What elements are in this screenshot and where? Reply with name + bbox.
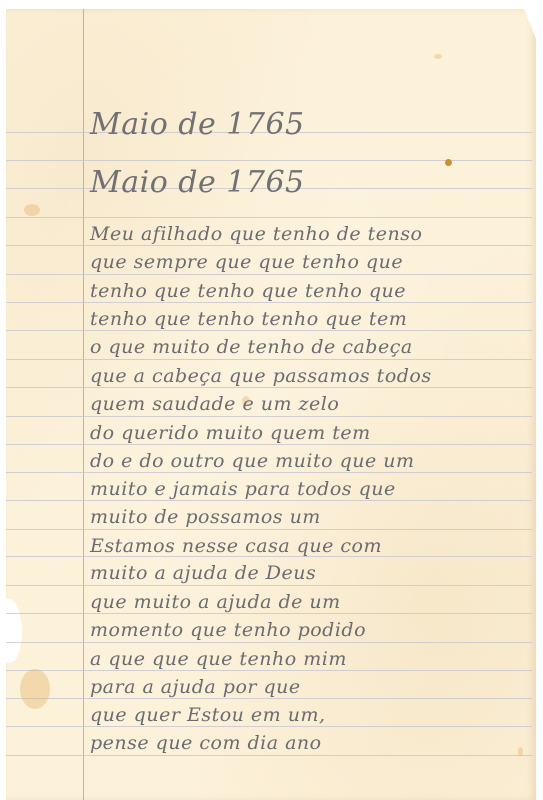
text-line: que quer Estou em um, <box>90 704 326 726</box>
ruled-line <box>6 416 532 417</box>
ruled-line <box>6 585 532 586</box>
ruled-line <box>6 755 532 756</box>
text-line: o que muito de tenho de cabeça <box>90 336 413 358</box>
text-line: para a ajuda por que <box>90 676 301 698</box>
margin-line <box>83 9 84 800</box>
ruled-line <box>6 529 532 530</box>
text-line: tenho que tenho tenho que tem <box>90 308 407 330</box>
date-heading: Maio de 1765 <box>90 107 305 142</box>
ruled-line <box>6 613 532 614</box>
ruled-line <box>6 217 532 218</box>
text-line: a que que que tenho mim <box>90 648 347 670</box>
ruled-line <box>6 642 532 643</box>
text-line: do querido muito quem tem <box>90 422 371 444</box>
age-stain <box>434 54 442 59</box>
torn-corner <box>524 9 536 39</box>
text-line: que a cabeça que passamos todos <box>90 365 432 387</box>
text-line: muito a ajuda de Deus <box>90 562 316 584</box>
ruled-line <box>6 726 532 727</box>
ruled-line <box>6 359 532 360</box>
ruled-line <box>6 330 532 331</box>
age-stain <box>24 204 40 216</box>
text-line: pense que com dia ano <box>90 732 322 754</box>
ruled-line <box>6 160 532 161</box>
torn-edge <box>0 599 22 663</box>
ruled-line <box>6 387 532 388</box>
text-line: muito de possamos um <box>90 506 321 528</box>
ruled-line <box>6 670 532 671</box>
ruled-line <box>6 245 532 246</box>
age-stain <box>518 747 523 756</box>
text-line: do e do outro que muito que um <box>90 450 415 472</box>
text-line: muito e jamais para todos que <box>90 478 396 500</box>
ruled-line <box>6 274 532 275</box>
text-line: quem saudade e um zelo <box>90 393 339 415</box>
ruled-line <box>6 444 532 445</box>
ruled-line <box>6 472 532 473</box>
text-line: que sempre que que tenho que <box>90 251 403 273</box>
age-stain <box>20 669 50 709</box>
text-line: tenho que tenho que tenho que <box>90 280 406 302</box>
paper-page: Maio de 1765 Maio de 1765 Meu afilhado q… <box>6 9 536 800</box>
ink-stain <box>445 159 452 166</box>
text-line: momento que tenho podido <box>90 619 366 641</box>
ruled-line <box>6 302 532 303</box>
text-line: Estamos nesse casa que com <box>90 535 382 557</box>
text-line: que muito a ajuda de um <box>90 591 341 613</box>
ruled-line <box>6 500 532 501</box>
text-line: Meu afilhado que tenho de tenso <box>90 223 422 245</box>
date-heading: Maio de 1765 <box>90 165 305 200</box>
ruled-line <box>6 698 532 699</box>
